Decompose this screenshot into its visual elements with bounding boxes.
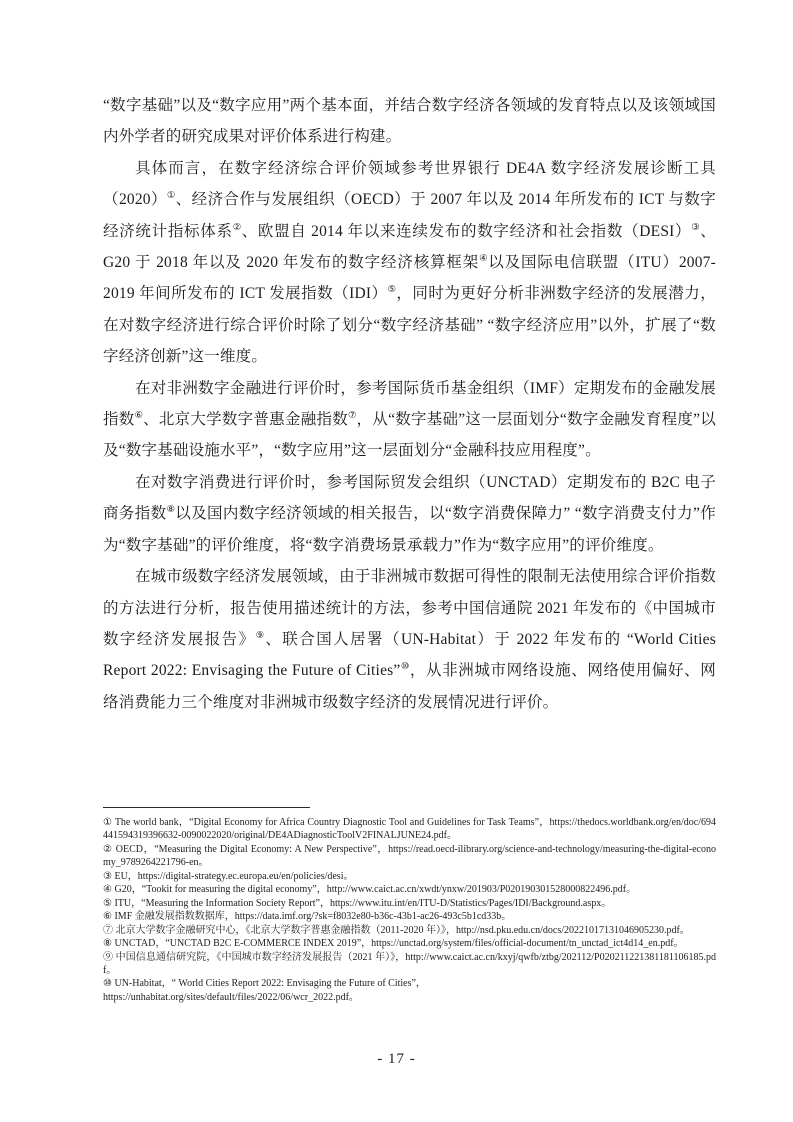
footnote-separator xyxy=(103,807,310,808)
paragraph: 在城市级数字经济发展领域，由于非洲城市数据可得性的限制无法使用综合评价指数的方法… xyxy=(103,561,716,718)
footnote-item: ⑨ 中国信息通信研究院，《中国城市数字经济发展报告（2021 年）》，http:… xyxy=(103,951,716,978)
footnote-marker: ⑤ xyxy=(103,898,114,909)
footnote-marker: ⑧ xyxy=(103,938,114,949)
footnote-marker: ⑦ xyxy=(103,925,116,936)
footnote-item: ⑥ IMF 金融发展指数数据库，https://data.imf.org/?sk… xyxy=(103,910,716,923)
footnote-ref: ② xyxy=(233,223,242,233)
footnote-item: ② OECD，“Measuring the Digital Economy: A… xyxy=(103,843,716,870)
paragraph: 在对数字消费进行评价时，参考国际贸发会组织（UNCTAD）定期发布的 B2C 电… xyxy=(103,467,716,561)
footnote-marker: ① xyxy=(103,817,115,828)
footnote-item: ③ EU，https://digital-strategy.ec.europa.… xyxy=(103,870,716,883)
footnote-marker: ③ xyxy=(103,871,114,882)
paragraph: 具体而言，在数字经济综合评价领域参考世界银行 DE4A 数字经济发展诊断工具（2… xyxy=(103,153,716,373)
footnote-ref: ⑧ xyxy=(167,505,176,515)
footnote-item: ⑤ ITU，“Measuring the Information Society… xyxy=(103,897,716,910)
page-footer: - 17 - xyxy=(0,1050,793,1068)
page-number: - 17 - xyxy=(377,1051,416,1067)
footnote-ref: ③ xyxy=(691,223,700,233)
footnotes: ① The world bank，“Digital Economy for Af… xyxy=(103,816,716,1004)
footnote-marker: ④ xyxy=(103,884,114,895)
footnote-ref: ⑦ xyxy=(348,411,357,421)
document-page: “数字基础”以及“数字应用”两个基本面，并结合数字经济各领域的发育特点以及该领域… xyxy=(0,0,793,1122)
footnote-ref: ⑩ xyxy=(400,662,409,672)
footnote-item: ⑧ UNCTAD，“UNCTAD B2C E-COMMERCE INDEX 20… xyxy=(103,937,716,950)
footnote-ref: ⑨ xyxy=(256,631,266,641)
footnote-ref: ⑤ xyxy=(388,285,397,295)
paragraph: 在对非洲数字金融进行评价时，参考国际货币基金组织（IMF）定期发布的金融发展指数… xyxy=(103,373,716,467)
footnote-ref: ④ xyxy=(479,254,488,264)
footnote-item: ⑩ UN-Habitat，“ World Cities Report 2022:… xyxy=(103,977,716,1004)
footnote-item: ⑦ 北京大学数字金融研究中心，《北京大学数字普惠金融指数（2011-2020 年… xyxy=(103,924,716,937)
footnote-marker: ⑨ xyxy=(103,952,116,963)
footnote-ref: ① xyxy=(167,191,176,201)
footnote-ref: ⑥ xyxy=(135,411,144,421)
paragraph: “数字基础”以及“数字应用”两个基本面，并结合数字经济各领域的发育特点以及该领域… xyxy=(103,90,716,153)
body-text: “数字基础”以及“数字应用”两个基本面，并结合数字经济各领域的发育特点以及该领域… xyxy=(103,90,716,718)
footnote-marker: ⑥ xyxy=(103,911,114,922)
footnote-marker: ⑩ xyxy=(103,978,114,989)
footnote-item: ① The world bank，“Digital Economy for Af… xyxy=(103,816,716,843)
footnote-marker: ② xyxy=(103,844,116,855)
footnote-item: ④ G20，“Tookit for measuring the digital … xyxy=(103,883,716,896)
